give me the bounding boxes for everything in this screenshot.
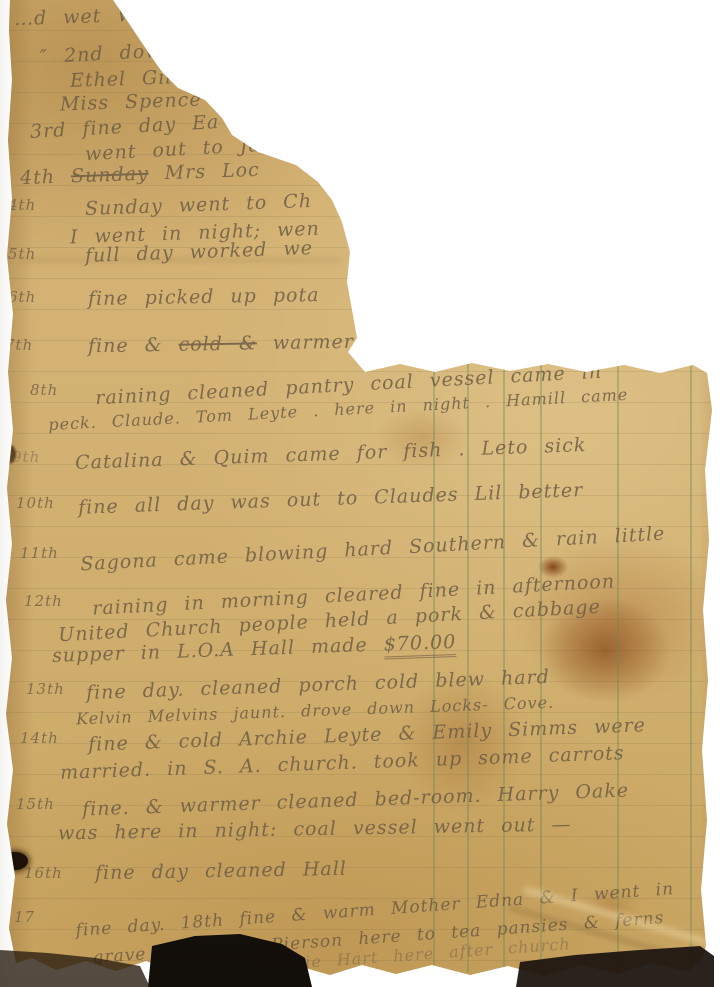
day-label: 11th bbox=[20, 546, 59, 561]
diary-line: Sunday went to Ch bbox=[85, 192, 313, 219]
diary-line: Catalina & Quim came for fish . Leto sic… bbox=[75, 436, 587, 473]
scanned-diary-page: …d wet W ″ 2nd dow Ethel Gill Miss Spenc… bbox=[0, 0, 725, 987]
day-label: 6th bbox=[8, 290, 36, 305]
fold-crease bbox=[20, 258, 340, 262]
diary-line: fine picked up pota bbox=[88, 286, 320, 309]
diary-line: Miss Spence bbox=[60, 91, 202, 115]
diary-line: Ethel Gill bbox=[70, 68, 180, 91]
ledger-rule-line bbox=[617, 360, 619, 972]
day-label: 12th bbox=[24, 594, 63, 609]
supper-amount: $70.00 bbox=[383, 631, 456, 660]
line-pre: fine & bbox=[88, 334, 179, 358]
day-label: 15th bbox=[16, 797, 55, 812]
day-label: 10th bbox=[16, 496, 55, 511]
diary-line: Sagona came blowing hard Southern & rain… bbox=[80, 525, 666, 575]
day-label: 4th bbox=[8, 198, 36, 213]
diary-line: ″ 2nd dow bbox=[40, 42, 163, 67]
torn-paper-sheet: …d wet W ″ 2nd dow Ethel Gill Miss Spenc… bbox=[0, 0, 725, 987]
diary-line: 4th Sunday Mrs Loc bbox=[20, 161, 260, 188]
day-label: 13th bbox=[26, 682, 65, 697]
line-post: warmer bbox=[257, 331, 354, 355]
struck-word: cold & bbox=[178, 332, 257, 355]
struck-word: Sunday bbox=[71, 163, 149, 188]
day-label: 16th bbox=[24, 866, 63, 881]
diary-line: fine day cleaned Hall bbox=[95, 860, 347, 883]
ledger-rule-line bbox=[690, 360, 692, 972]
day-label: 8th bbox=[30, 383, 58, 398]
worm-hole bbox=[2, 852, 28, 870]
day-label: 17 bbox=[14, 910, 35, 925]
day-label: 14th bbox=[20, 731, 59, 746]
day-label: 7th bbox=[5, 338, 33, 353]
day-label: 9th bbox=[12, 450, 40, 465]
diary-line: fine all day was out to Claudes Lil bett… bbox=[78, 481, 584, 518]
line-post: Mrs Loc bbox=[148, 159, 260, 185]
diary-line: was here in night: coal vessel went out … bbox=[58, 816, 572, 844]
diary-line: fine & cold & warmer bbox=[88, 333, 354, 357]
left-edge-tear bbox=[0, 444, 16, 464]
diary-line: …d wet W bbox=[14, 6, 139, 29]
line-pre: 4th bbox=[20, 165, 72, 189]
